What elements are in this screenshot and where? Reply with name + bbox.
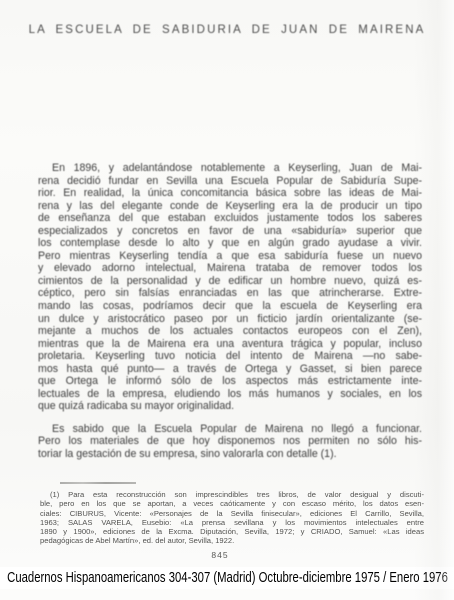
text-line: los contemplase desde lo alto y que en a… — [38, 237, 422, 250]
text-line: ble, pero en los que se aportan, a veces… — [40, 499, 424, 508]
footnote: (1) Para esta reconstrucción son impresc… — [40, 490, 424, 546]
scan-caption: Cuadernos Hispanoamericanos 304-307 (Mad… — [7, 570, 448, 586]
text-line: mando las cosas, podríamos decir que la … — [38, 300, 422, 313]
text-line: que Ortega le informó sólo de los aspect… — [38, 375, 422, 388]
text-line: ciales: CIBURUS, Vicente: «Personajes de… — [40, 509, 424, 518]
text-line: céptico, pero sin falsías enranciadas en… — [38, 287, 422, 300]
page-title: LA ESCUELA DE SABIDURIA DE JUAN DE MAIRE… — [10, 24, 444, 36]
text-line: especializados y concretos en favor de u… — [38, 225, 422, 238]
body-text: En 1896, y adelantándose notablemente a … — [38, 162, 422, 461]
paragraph-1: En 1896, y adelantándose notablemente a … — [38, 162, 422, 413]
footnote-separator — [60, 482, 136, 484]
text-line: lectuales de la empresa, eludiendo los m… — [38, 388, 422, 401]
paragraph-2: Es sabido que la Escuela Popular de Mair… — [38, 423, 422, 461]
text-line: 1963; SALAS VARELA, Eusebio: «La prensa … — [40, 518, 424, 527]
text-line: rior. En realidad, la única concomitanci… — [38, 187, 422, 200]
text-line: (1) Para esta reconstrucción son impresc… — [40, 490, 424, 499]
text-line: mejante a muchos de los actuales contact… — [38, 325, 422, 338]
text-line: rena decidió fundar en Sevilla una Escue… — [38, 175, 422, 188]
text-line: Es sabido que la Escuela Popular de Mair… — [38, 423, 422, 436]
text-line: de enseñanza del que estaban excluidos j… — [38, 212, 422, 225]
text-line: 1890 y 1900», ediciones de la Excma. Dip… — [40, 527, 424, 536]
text-line: pedagógicas de Abel Martín», ed. del aut… — [40, 536, 424, 545]
text-line: toriar la gestación de su empresa, sino … — [38, 448, 422, 461]
text-line: mos hasta qué punto— a través de Ortega … — [38, 363, 422, 376]
text-line: proletaria. Keyserling tuvo noticia del … — [38, 350, 422, 363]
text-line: cimientos de la personalidad y de edific… — [38, 275, 422, 288]
text-line: Pero mientras Keyserling tendía a que es… — [38, 250, 422, 263]
scan-caption-bar: Cuadernos Hispanoamericanos 304-307 (Mad… — [0, 567, 454, 589]
text-line: mientras que la de Mairena era una avent… — [38, 338, 422, 351]
text-line: En 1896, y adelantándose notablemente a … — [38, 162, 422, 175]
text-line: rena y las del elegante conde de Keyserl… — [38, 200, 422, 213]
text-line: y elevado adorno intelectual, Mairena tr… — [38, 262, 422, 275]
text-line: que quizá radicaba su mayor originalidad… — [38, 400, 422, 413]
text-line: Pero los materiales de que hoy disponemo… — [38, 435, 422, 448]
text-line: un dulce y aristocrático paseo por un fi… — [38, 313, 422, 326]
scanned-page: LA ESCUELA DE SABIDURIA DE JUAN DE MAIRE… — [0, 0, 454, 600]
page-number: 845 — [0, 550, 440, 560]
